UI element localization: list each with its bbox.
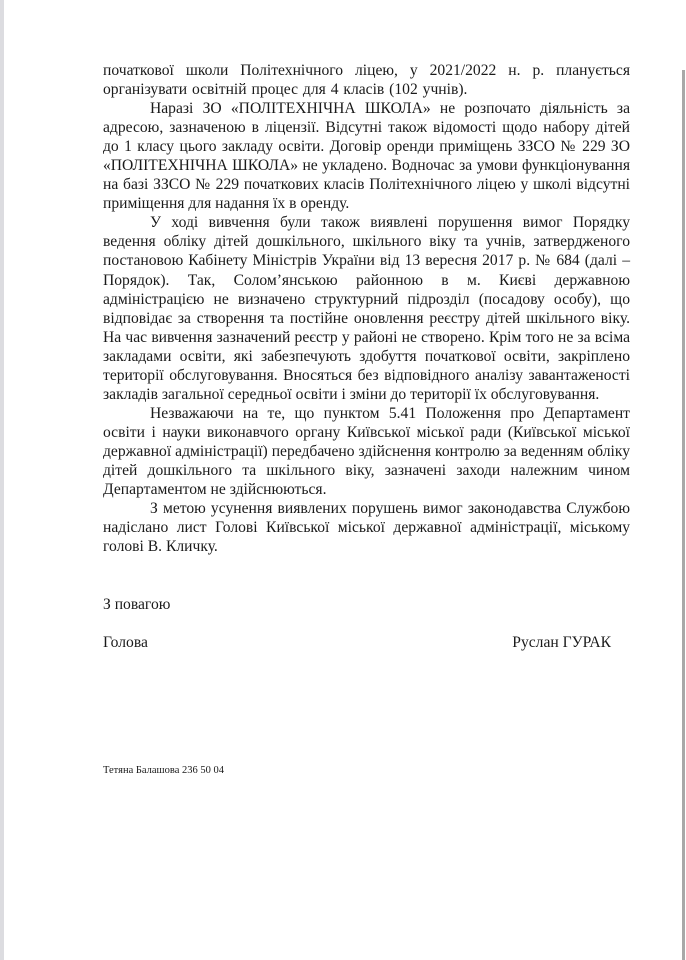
closing-salutation: З повагою (103, 596, 170, 614)
document-page: початкової школи Політехнічного ліцею, у… (103, 61, 630, 556)
signature-block: Голова Руслан ГУРАК (103, 634, 611, 652)
paragraph-continuation: початкової школи Політехнічного ліцею, у… (103, 61, 630, 99)
executor-contact: Тетяна Балашова 236 50 04 (103, 765, 224, 776)
paragraph-registry-violations: У ході вивчення були також виявлені пору… (103, 213, 630, 403)
paragraph-lease-status: Наразі ЗО «ПОЛІТЕХНІЧНА ШКОЛА» не розпоч… (103, 99, 630, 213)
paragraph-department-control: Незважаючи на те, що пунктом 5.41 Положе… (103, 404, 630, 499)
signatory-position: Голова (103, 634, 148, 652)
page-right-edge (682, 70, 685, 960)
signatory-name: Руслан ГУРАК (512, 634, 611, 652)
document-body: початкової школи Політехнічного ліцею, у… (103, 61, 630, 556)
paragraph-letter-sent: З метою усунення виявлених порушень вимо… (103, 499, 630, 556)
page-left-edge (0, 0, 4, 960)
